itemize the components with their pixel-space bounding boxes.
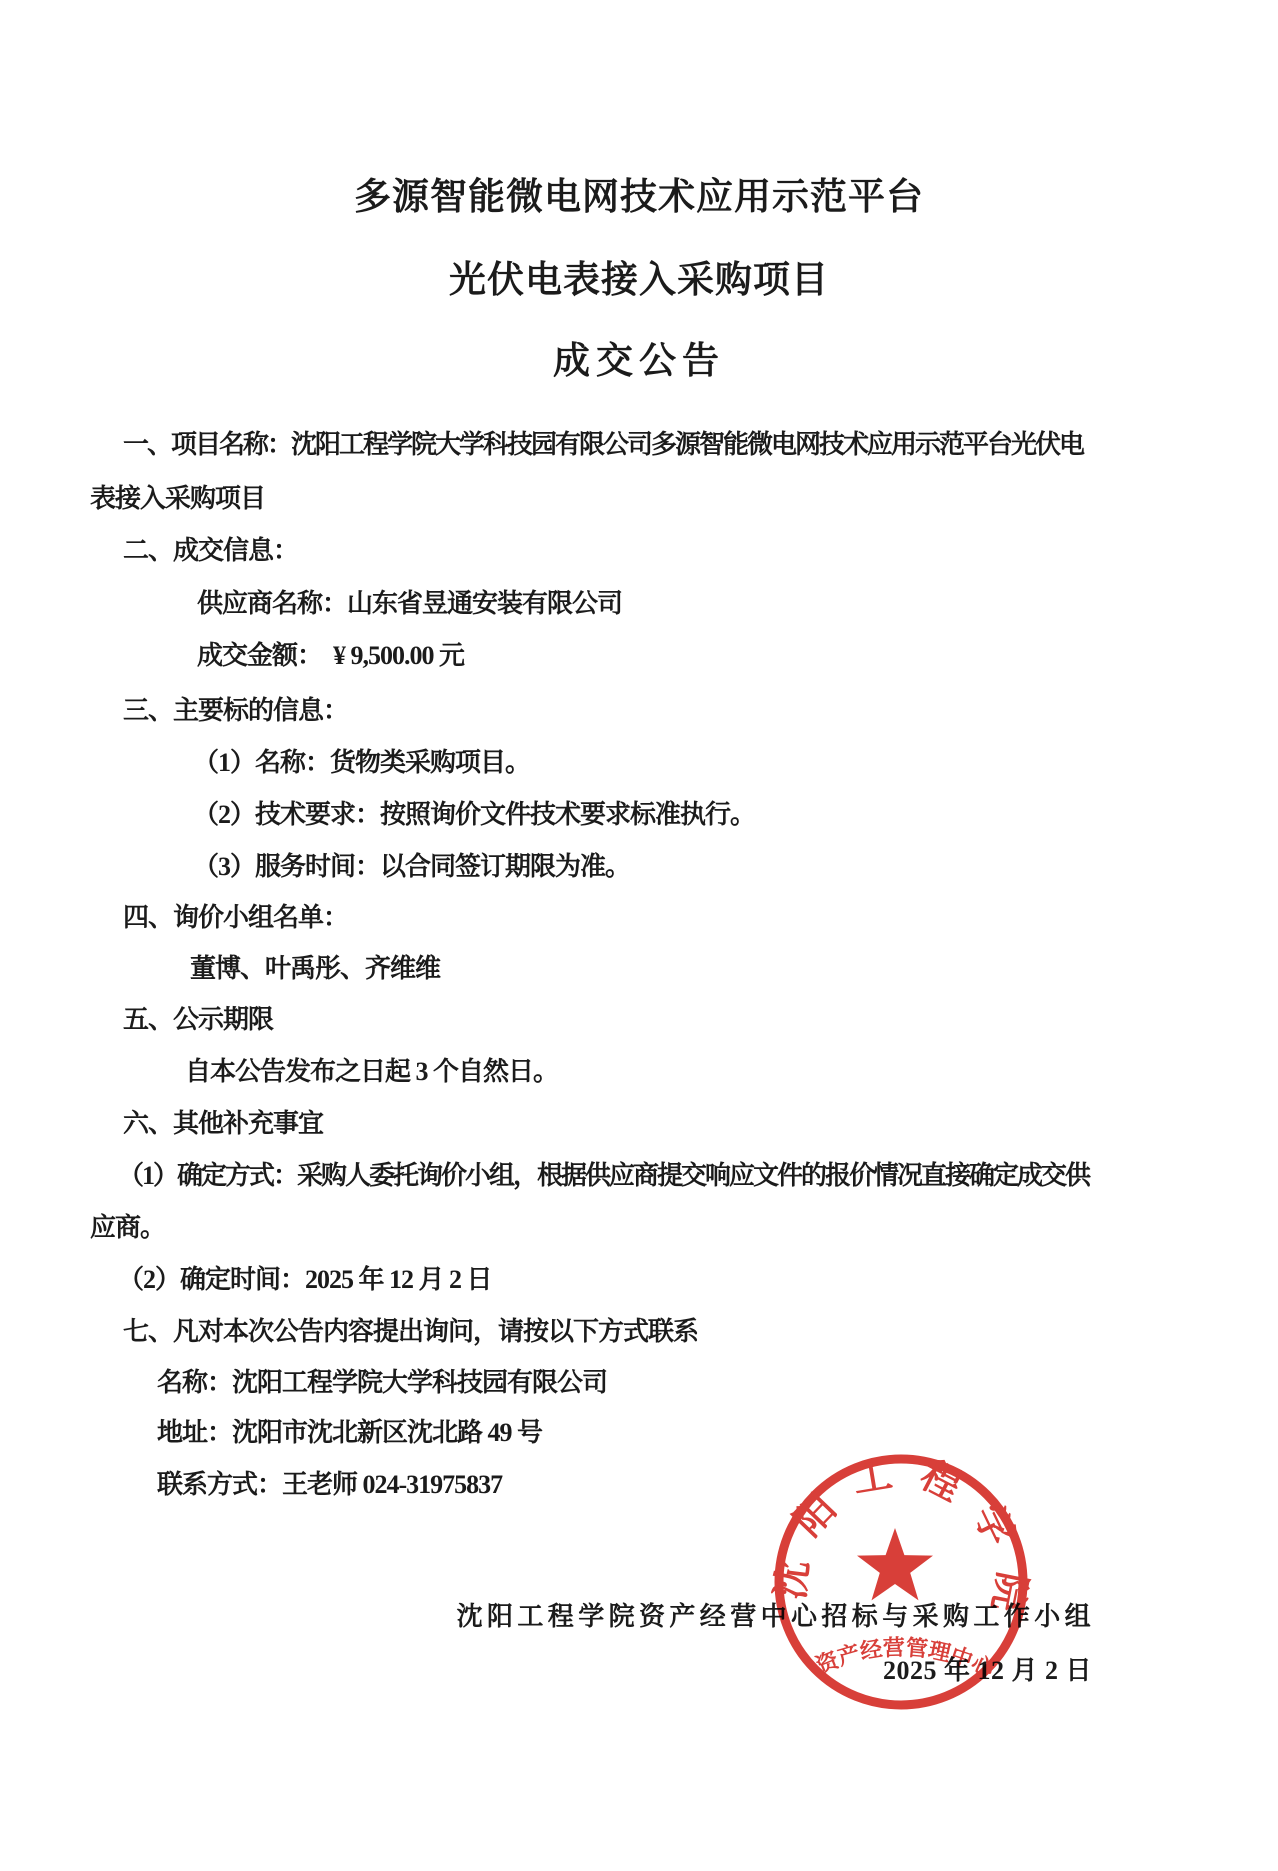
- contact-address-line: 地址：沈阳市沈北新区沈北路 49 号: [157, 1412, 542, 1449]
- star-icon: [857, 1528, 933, 1600]
- subject-item-1: （1）名称：货物类采购项目。: [193, 742, 530, 779]
- section-subject-info: 三、主要标的信息：: [123, 690, 348, 727]
- award-amount-line: 成交金额： ¥ 9,500.00 元: [197, 635, 464, 672]
- determine-method-line2: 应商。: [90, 1207, 165, 1244]
- section-award-info: 二、成交信息：: [123, 530, 298, 567]
- contact-phone-line: 联系方式：王老师 024-31975837: [157, 1464, 502, 1501]
- seal-bottom-text: 资产经营管理中心: [812, 1635, 998, 1683]
- announcement-document: 多源智能微电网技术应用示范平台 光伏电表接入采购项目 成交公告 一、项目名称：沈…: [0, 0, 1278, 1871]
- inquiry-group-members: 董博、叶禹彤、齐维维: [190, 948, 440, 985]
- supplier-name-line: 供应商名称：山东省昱通安装有限公司: [197, 583, 622, 620]
- publicity-period-text: 自本公告发布之日起 3 个自然日。: [185, 1051, 558, 1088]
- doc-title-announcement: 成交公告: [0, 330, 1278, 384]
- subject-item-2: （2）技术要求：按照询价文件技术要求标准执行。: [193, 794, 755, 831]
- subject-item-3: （3）服务时间：以合同签订期限为准。: [193, 846, 630, 883]
- section-inquiry-group: 四、询价小组名单：: [123, 897, 348, 934]
- official-seal: 沈阳工程学院 资产经营管理中心: [770, 1450, 1032, 1714]
- doc-title-line1: 多源智能微电网技术应用示范平台: [0, 166, 1278, 220]
- seal-graphic: 沈阳工程学院 资产经营管理中心: [770, 1450, 1032, 1714]
- contact-name-line: 名称：沈阳工程学院大学科技园有限公司: [157, 1362, 607, 1399]
- project-name-line1: 一、项目名称：沈阳工程学院大学科技园有限公司多源智能微电网技术应用示范平台光伏电: [123, 424, 1083, 461]
- project-name-line2: 表接入采购项目: [90, 478, 265, 515]
- section-publicity-period: 五、公示期限: [123, 999, 273, 1036]
- section-other-matters: 六、其他补充事宜: [123, 1103, 323, 1140]
- doc-title-line2: 光伏电表接入采购项目: [0, 249, 1278, 303]
- determine-time-line: （2）确定时间：2025 年 12 月 2 日: [118, 1259, 492, 1296]
- determine-method-line1: （1）确定方式：采购人委托询价小组，根据供应商提交响应文件的报价情况直接确定成交…: [118, 1155, 1089, 1192]
- seal-ring-text: 沈阳工程学院: [770, 1450, 1032, 1637]
- section-contact: 七、凡对本次公告内容提出询问，请按以下方式联系: [123, 1311, 698, 1348]
